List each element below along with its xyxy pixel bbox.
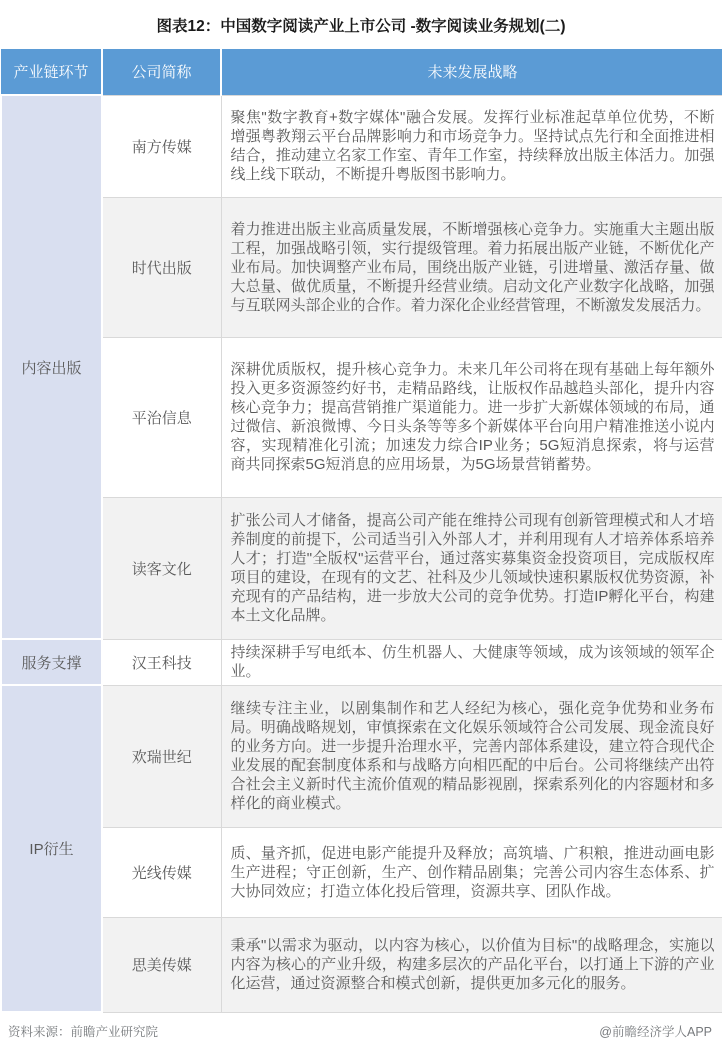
table-row: 思美传媒 秉承"以需求为驱动，以内容为核心，以价值为目标"的战略理念，实施以内容…	[1, 917, 722, 1012]
company-cell: 时代出版	[102, 197, 221, 337]
column-header-strategy: 未来发展战略	[221, 49, 722, 95]
company-cell: 欢瑞世纪	[102, 685, 221, 827]
strategy-cell: 聚焦"数字教育+数字媒体"融合发展。发挥行业标准起草单位优势，不断增强粤教翔云平…	[221, 95, 722, 197]
page-footer: 资料来源：前瞻产业研究院 @前瞻经济学人APP	[0, 1013, 722, 1040]
strategy-cell: 质、量齐抓，促进电影产能提升及释放；高筑墙、广积粮，推进动画电影生产进程；守正创…	[221, 827, 722, 917]
category-cell-ip-derivative: IP衍生	[1, 685, 102, 1012]
company-cell: 思美传媒	[102, 917, 221, 1012]
category-cell-content-publishing: 内容出版	[1, 95, 102, 639]
table-row: 光线传媒 质、量齐抓，促进电影产能提升及释放；高筑墙、广积粮，推进动画电影生产进…	[1, 827, 722, 917]
strategy-cell: 扩张公司人才储备，提高公司产能在维持公司现有创新管理模式和人才培养制度的前提下，…	[221, 497, 722, 639]
source-note: 资料来源：前瞻产业研究院	[8, 1022, 158, 1040]
strategy-cell: 持续深耕手写电纸本、仿生机器人、大健康等领域，成为该领域的领军企业。	[221, 639, 722, 685]
table-row: 内容出版 南方传媒 聚焦"数字教育+数字媒体"融合发展。发挥行业标准起草单位优势…	[1, 95, 722, 197]
strategy-cell: 深耕优质版权，提升核心竞争力。未来几年公司将在现有基础上每年额外投入更多资源签约…	[221, 337, 722, 497]
table-row: 读客文化 扩张公司人才储备，提高公司产能在维持公司现有创新管理模式和人才培养制度…	[1, 497, 722, 639]
column-header-chain-link: 产业链环节	[1, 49, 102, 95]
column-header-company: 公司简称	[102, 49, 221, 95]
figure-title: 图表12：中国数字阅读产业上市公司 -数字阅读业务规划(二)	[0, 0, 722, 49]
table-row: 时代出版 着力推进出版主业高质量发展，不断增强核心竞争力。实施重大主题出版工程，…	[1, 197, 722, 337]
table-row: 平治信息 深耕优质版权，提升核心竞争力。未来几年公司将在现有基础上每年额外投入更…	[1, 337, 722, 497]
strategy-table: 产业链环节 公司简称 未来发展战略 内容出版 南方传媒 聚焦"数字教育+数字媒体…	[0, 49, 722, 1013]
strategy-cell: 着力推进出版主业高质量发展，不断增强核心竞争力。实施重大主题出版工程，加强战略引…	[221, 197, 722, 337]
strategy-cell: 继续专注主业，以剧集制作和艺人经纪为核心，强化竞争优势和业务布局。明确战略规划，…	[221, 685, 722, 827]
brand-credit: @前瞻经济学人APP	[599, 1022, 712, 1040]
company-cell: 汉王科技	[102, 639, 221, 685]
company-cell: 南方传媒	[102, 95, 221, 197]
company-cell: 读客文化	[102, 497, 221, 639]
table-row: IP衍生 欢瑞世纪 继续专注主业，以剧集制作和艺人经纪为核心，强化竞争优势和业务…	[1, 685, 722, 827]
company-cell: 光线传媒	[102, 827, 221, 917]
category-cell-service-support: 服务支撑	[1, 639, 102, 685]
table-row: 服务支撑 汉王科技 持续深耕手写电纸本、仿生机器人、大健康等领域，成为该领域的领…	[1, 639, 722, 685]
company-cell: 平治信息	[102, 337, 221, 497]
strategy-cell: 秉承"以需求为驱动，以内容为核心，以价值为目标"的战略理念，实施以内容为核心的产…	[221, 917, 722, 1012]
header-row: 产业链环节 公司简称 未来发展战略	[1, 49, 722, 95]
